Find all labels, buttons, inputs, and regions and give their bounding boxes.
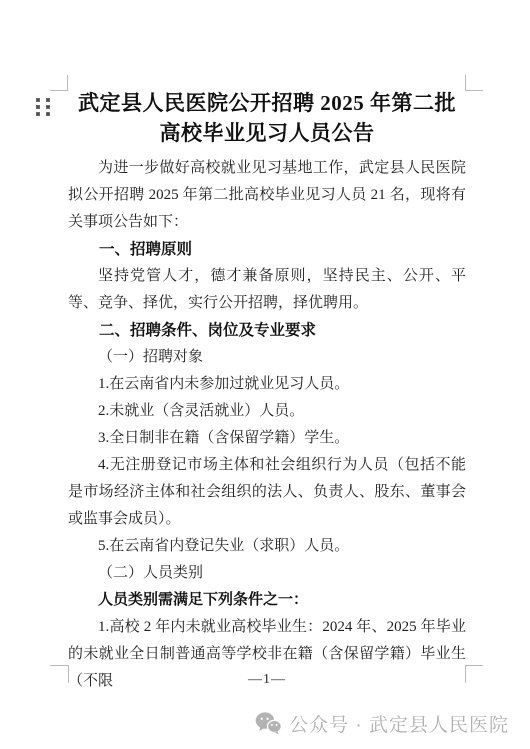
list-item-1: 1.在云南省内未参加过就业见习人员。: [68, 371, 466, 398]
document-page: 武定县人民医院公开招聘 2025 年第二批 高校毕业见习人员公告 为进一步做好高…: [0, 0, 530, 749]
subheading-personnel-type: （二）人员类别: [68, 560, 466, 587]
page-number: —1—: [68, 672, 466, 688]
document-title-line2: 高校毕业见习人员公告: [68, 118, 466, 148]
wechat-watermark: 公众号 · 武定县人民医院: [255, 710, 509, 737]
drag-handle-icon: [36, 98, 50, 116]
text-boundary-corner-top-left-icon: [50, 75, 68, 91]
wechat-icon: [255, 712, 282, 735]
text-boundary-corner-bottom-right-icon: [465, 665, 483, 683]
document-body: 为进一步做好高校就业见习基地工作，武定县人民医院拟公开招聘 2025 年第二批高…: [68, 155, 466, 695]
wechat-watermark-label: 公众号 · 武定县人民医院: [289, 710, 509, 737]
heading-recruit-principle: 一、招聘原则: [68, 236, 466, 263]
list-item-5: 5.在云南省内登记失业（求职）人员。: [68, 533, 466, 560]
bold-note-personnel-conditions: 人员类别需满足下列条件之一：: [68, 587, 466, 614]
list-item-3: 3.全日制非在籍（含保留学籍）学生。: [68, 425, 466, 452]
paragraph-principle: 坚持党管人才，德才兼备原则，坚持民主、公开、平等、竞争、择优，实行公开招聘，择优…: [68, 263, 466, 317]
document-title: 武定县人民医院公开招聘 2025 年第二批 高校毕业见习人员公告: [68, 88, 466, 148]
text-boundary-corner-top-right-icon: [465, 75, 483, 91]
list-item-4: 4.无注册登记市场主体和社会组织行为人员（包括不能是市场经济主体和社会组织的法人…: [68, 452, 466, 533]
list-item-2: 2.未就业（含灵活就业）人员。: [68, 398, 466, 425]
document-title-line1: 武定县人民医院公开招聘 2025 年第二批: [68, 88, 466, 118]
text-boundary-corner-bottom-left-icon: [50, 665, 69, 683]
heading-conditions: 二、招聘条件、岗位及专业要求: [68, 317, 466, 344]
paragraph-intro: 为进一步做好高校就业见习基地工作，武定县人民医院拟公开招聘 2025 年第二批高…: [68, 155, 466, 236]
text-area: 武定县人民医院公开招聘 2025 年第二批 高校毕业见习人员公告 为进一步做好高…: [68, 88, 466, 695]
subheading-recruit-target: （一）招聘对象: [68, 344, 466, 371]
